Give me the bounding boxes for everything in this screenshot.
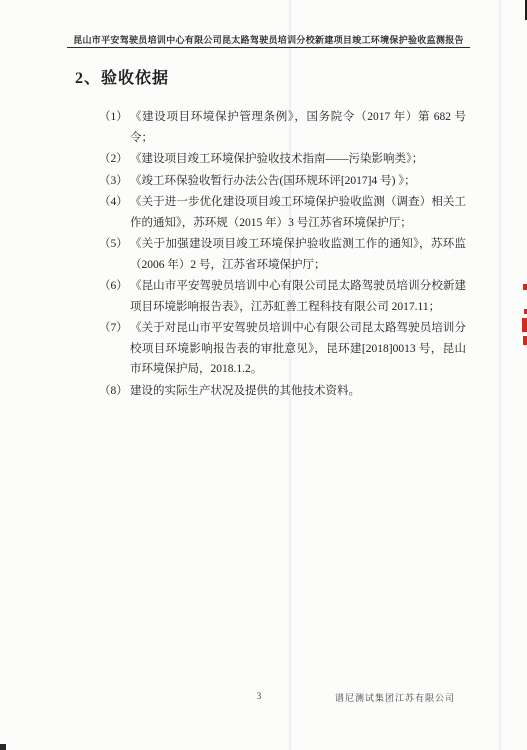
list-item: （5） 《关于加强建设项目竣工环境保护验收监测工作的通知》，苏环监（2006 年… — [99, 234, 466, 275]
list-item: （8） 建设的实际生产状况及提供的其他技术资料。 — [99, 381, 466, 402]
scanned-report-page: { "page": { "header_title": "昆山市平安驾驶员培训中… — [0, 0, 527, 750]
item-number: （1） — [99, 107, 130, 148]
item-number: （4） — [99, 192, 130, 233]
item-number: （8） — [99, 381, 130, 402]
red-stamp-bit — [522, 318, 527, 332]
footer-company-name: 谱尼测试集团江苏有限公司 — [335, 691, 455, 704]
red-stamp-bit — [523, 284, 527, 290]
item-text: 《关于对昆山市平安驾驶员培训中心有限公司昆太路驾驶员培训分校项目环境影响报告表的… — [130, 318, 466, 380]
item-number: （2） — [99, 149, 130, 170]
item-text: 《竣工环保验收暂行办法公告(国环规环评[2017]4 号) 》； — [130, 171, 466, 192]
list-item: （6） 《昆山市平安驾驶员培训中心有限公司昆太路驾驶员培训分校新建项目环境影响报… — [99, 276, 466, 317]
scan-streak — [499, 0, 501, 750]
header-rule — [67, 47, 470, 48]
item-text: 《关于加强建设项目竣工环境保护验收监测工作的通知》，苏环监（2006 年）2 号… — [130, 234, 466, 275]
item-text: 建设的实际生产状况及提供的其他技术资料。 — [130, 381, 466, 402]
scan-corner-mark — [0, 744, 6, 750]
item-number: （6） — [99, 276, 130, 317]
page-number: 3 — [252, 691, 266, 701]
reference-list: （1） 《建设项目环境保护管理条例》，国务院令（2017 年）第 682 号令；… — [99, 107, 466, 402]
item-text: 《昆山市平安驾驶员培训中心有限公司昆太路驾驶员培训分校新建项目环境影响报告表》，… — [130, 276, 466, 317]
section-title: 2、验收依据 — [75, 65, 169, 88]
item-number: （3） — [99, 171, 130, 192]
list-item: （1） 《建设项目环境保护管理条例》，国务院令（2017 年）第 682 号令； — [99, 107, 466, 148]
list-item: （4） 《关于进一步优化建设项目竣工环境保护验收监测（调查）相关工作的通知》，苏… — [99, 192, 466, 233]
page-header-title: 昆山市平安驾驶员培训中心有限公司昆太路驾驶员培训分校新建项目竣工环境保护验收监测… — [67, 33, 470, 46]
list-item: （3） 《竣工环保验收暂行办法公告(国环规环评[2017]4 号) 》； — [99, 171, 466, 192]
item-number: （7） — [99, 318, 130, 380]
list-item: （7） 《关于对昆山市平安驾驶员培训中心有限公司昆太路驾驶员培训分校项目环境影响… — [99, 318, 466, 380]
item-text: 《建设项目竣工环境保护验收技术指南——污染影响类》； — [130, 149, 466, 170]
item-text: 《建设项目环境保护管理条例》，国务院令（2017 年）第 682 号令； — [130, 107, 466, 148]
item-number: （5） — [99, 234, 130, 275]
item-text: 《关于进一步优化建设项目竣工环境保护验收监测（调查）相关工作的通知》，苏环规（2… — [130, 192, 466, 233]
red-stamp-bit — [523, 336, 527, 345]
list-item: （2） 《建设项目竣工环境保护验收技术指南——污染影响类》； — [99, 149, 466, 170]
